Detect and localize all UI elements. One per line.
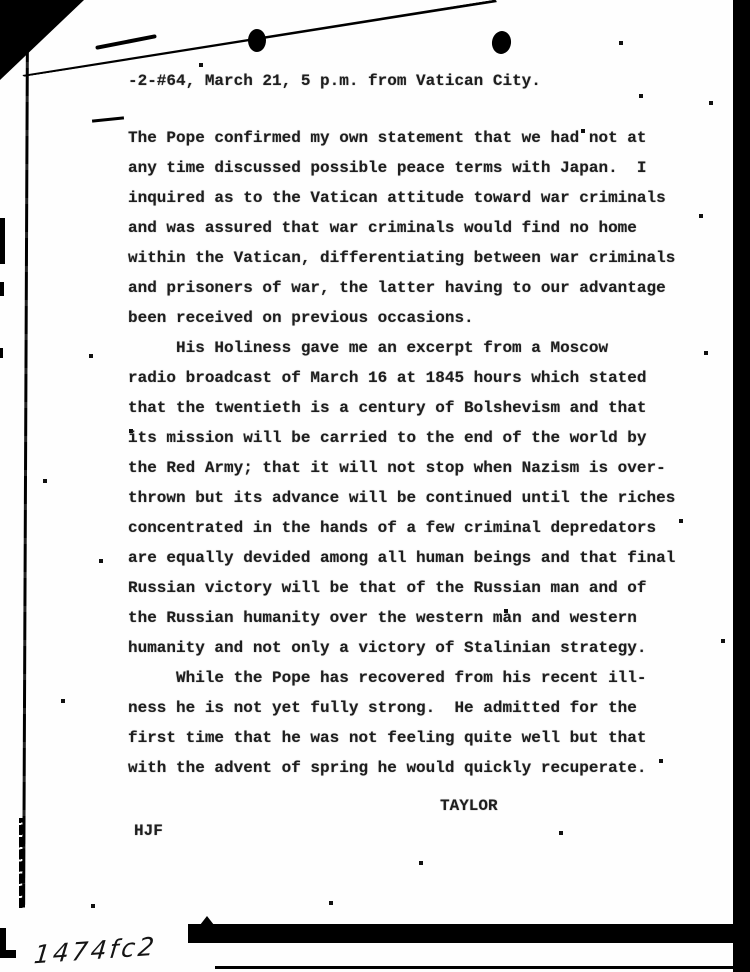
scan-edge-strip	[0, 282, 4, 296]
fold-crease-line	[95, 34, 157, 50]
paragraph-1: The Pope confirmed my own statement that…	[128, 123, 675, 333]
text-line: thrown but its advance will be continued…	[128, 483, 675, 513]
scan-bottom-bar-nub	[200, 916, 214, 925]
scan-edge-left-line	[22, 48, 29, 906]
text-line: inquired as to the Vatican attitude towa…	[128, 183, 675, 213]
text-line: that the twentieth is a century of Bolsh…	[128, 393, 675, 423]
scan-noise-speckles	[0, 0, 2, 2]
scan-edge-left-scribble	[19, 818, 25, 908]
corner-registration-mark	[0, 950, 16, 958]
scan-edge-strip	[0, 348, 3, 358]
text-line: While the Pope has recovered from his re…	[128, 663, 646, 693]
text-line: the Red Army; that it will not stop when…	[128, 453, 675, 483]
paragraph-2: His Holiness gave me an excerpt from a M…	[128, 333, 675, 663]
text-line: been received on previous occasions.	[128, 303, 675, 333]
text-line: ness he is not yet fully strong. He admi…	[128, 693, 646, 723]
text-line: humanity and not only a victory of Stali…	[128, 633, 675, 663]
signature-name: TAYLOR	[440, 797, 498, 815]
scan-edge-right-band	[733, 0, 750, 972]
hole-punch-dot	[490, 30, 512, 55]
text-line: the Russian humanity over the western ma…	[128, 603, 675, 633]
text-line: its mission will be carried to the end o…	[128, 423, 675, 453]
text-line: are equally devided among all human bein…	[128, 543, 675, 573]
text-line: His Holiness gave me an excerpt from a M…	[128, 333, 675, 363]
text-line: with the advent of spring he would quick…	[128, 753, 646, 783]
text-line: The Pope confirmed my own statement that…	[128, 123, 675, 153]
hole-punch-dot	[248, 29, 266, 52]
handwritten-archive-number: 1474fc2	[33, 932, 159, 970]
scan-bottom-rule	[215, 966, 750, 969]
scan-edge-strip	[0, 218, 5, 264]
text-line: and was assured that war criminals would…	[128, 213, 675, 243]
text-line: and prisoners of war, the latter having …	[128, 273, 675, 303]
typist-initials: HJF	[134, 822, 163, 840]
text-line: first time that he was not feeling quite…	[128, 723, 646, 753]
scanned-telegram-page: -2-#64, March 21, 5 p.m. from Vatican Ci…	[0, 0, 750, 972]
fold-crease-line	[92, 116, 124, 122]
scan-bottom-bar	[188, 924, 750, 943]
text-line: concentrated in the hands of a few crimi…	[128, 513, 675, 543]
text-line: radio broadcast of March 16 at 1845 hour…	[128, 363, 675, 393]
text-line: any time discussed possible peace terms …	[128, 153, 675, 183]
paragraph-3: While the Pope has recovered from his re…	[128, 663, 646, 783]
text-line: within the Vatican, differentiating betw…	[128, 243, 675, 273]
text-line: Russian victory will be that of the Russ…	[128, 573, 675, 603]
document-header-line: -2-#64, March 21, 5 p.m. from Vatican Ci…	[128, 72, 541, 90]
